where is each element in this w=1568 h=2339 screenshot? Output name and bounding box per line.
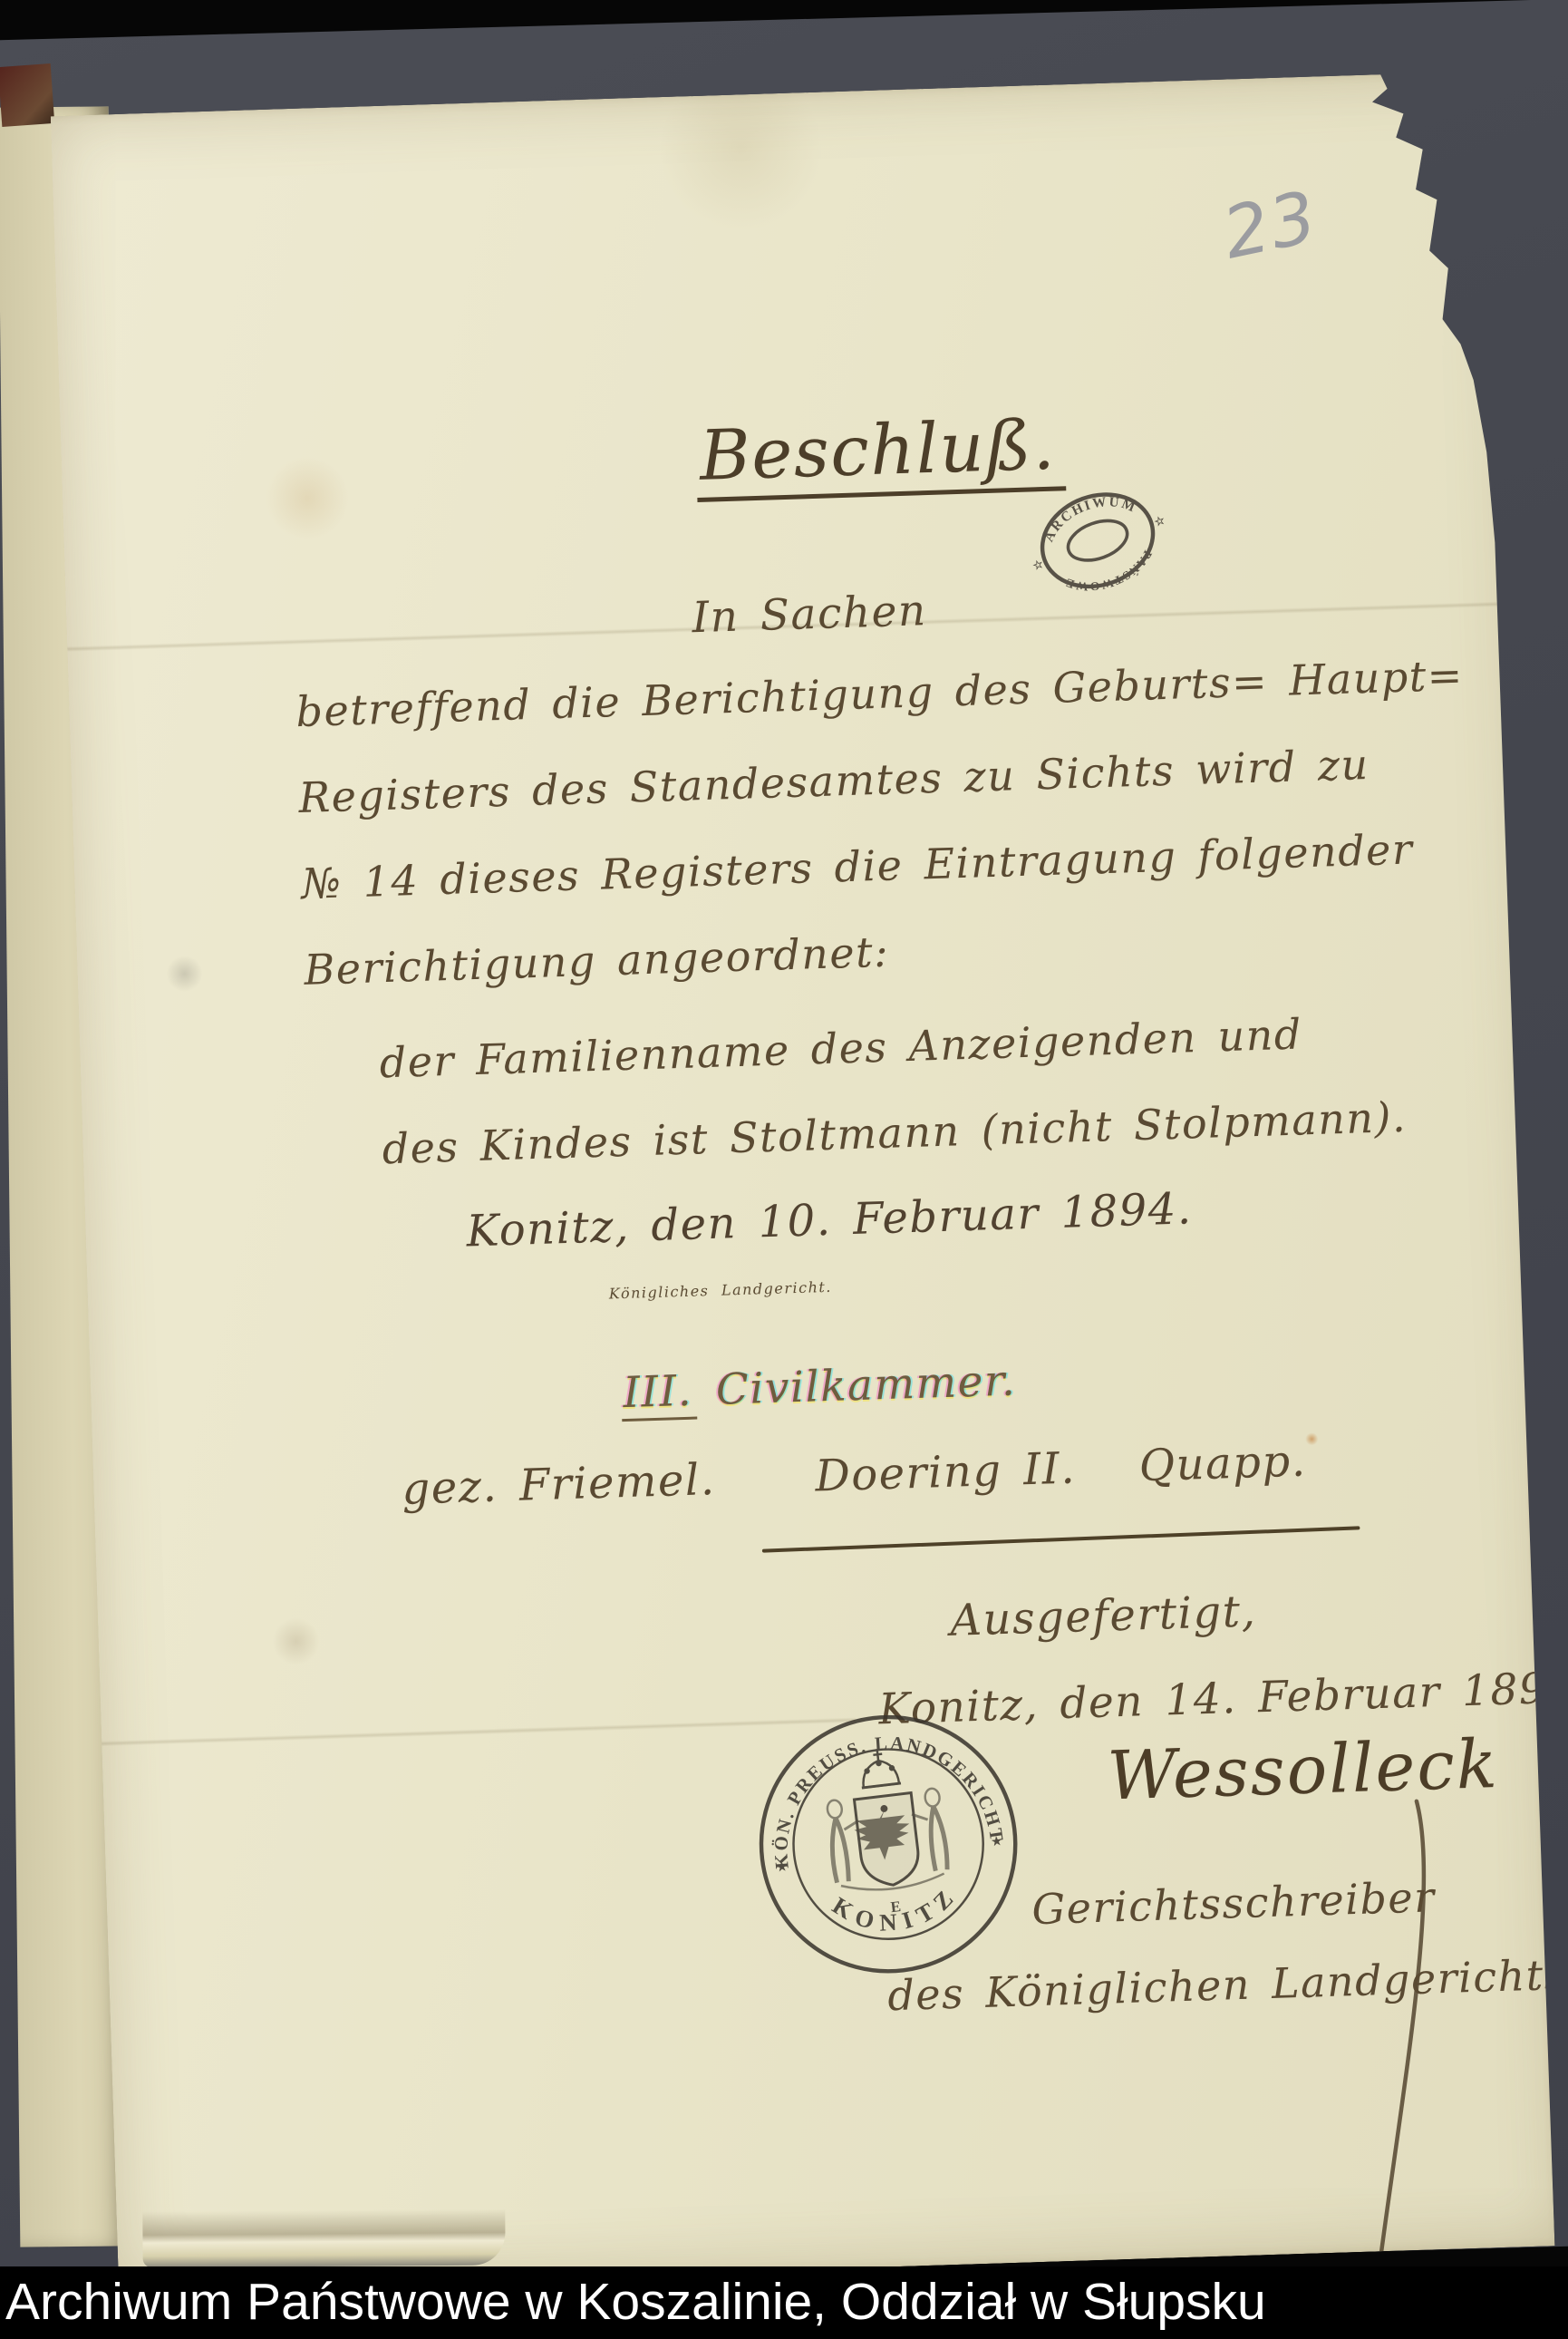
chamber-name: Civilkammer.: [715, 1355, 1017, 1414]
signature-flourish: [1308, 1750, 1488, 2298]
document-title-text: Beschluß.: [695, 403, 1067, 502]
gez-friemel: gez. Friemel.: [402, 1454, 717, 1515]
issuance-label: Ausgefertigt,: [950, 1586, 1257, 1646]
handwritten-line: der Familienname des Anzeigenden und: [379, 1009, 1303, 1087]
paper-bottom-curl: [142, 2209, 505, 2268]
document-title: Beschluß.: [695, 403, 1067, 502]
court-line: Königliches Landgericht.: [609, 1278, 833, 1303]
binding-remnant: [0, 63, 54, 127]
handwritten-line: Registers des Standesamtes zu Sichts wir…: [298, 740, 1370, 822]
court-seal-star-left-icon: ★: [775, 1859, 789, 1875]
signatures-line: gez. Friemel.Doering II.Quapp.: [402, 1435, 1308, 1514]
court-seal-stamp: KÖN. PREUSS. LANDGERICHT KONITZ ★ ★: [740, 1695, 1038, 1994]
archive-caption-bar: Archiwum Państwowe w Koszalinie, Oddział…: [0, 2266, 1568, 2339]
document-sheet: 23 Beschluß. ARCHIWUM PAŃSTWOWE ☆ ☆ In S…: [51, 71, 1568, 2291]
handwritten-line: Berichtigung angeordnet:: [304, 927, 890, 995]
intro-line: In Sachen: [692, 586, 928, 643]
handwritten-line: des Kindes ist Stoltmann (nicht Stolpman…: [382, 1092, 1408, 1173]
separator-rule: [762, 1526, 1360, 1552]
chamber-numeral: III.: [620, 1366, 696, 1422]
eagle-shield-icon: [851, 1793, 922, 1889]
handwritten-line: betreffend die Berichtigung des Geburts=…: [295, 651, 1465, 736]
judge-quapp: Quapp.: [1138, 1435, 1307, 1491]
judge-doering: Doering II.: [814, 1442, 1076, 1501]
pencil-page-number: 23: [1216, 176, 1324, 275]
archive-stamp-star-right-icon: ☆: [1153, 513, 1166, 529]
place-date-line: Konitz, den 10. Februar 1894.: [466, 1183, 1194, 1257]
handwritten-line: № 14 dieses Registers die Eintragung fol…: [301, 824, 1414, 908]
court-seal-monogram: E: [890, 1897, 902, 1916]
chamber-line: III.Civilkammer.: [620, 1355, 1016, 1418]
court-seal-star-right-icon: ★: [990, 1834, 1003, 1849]
